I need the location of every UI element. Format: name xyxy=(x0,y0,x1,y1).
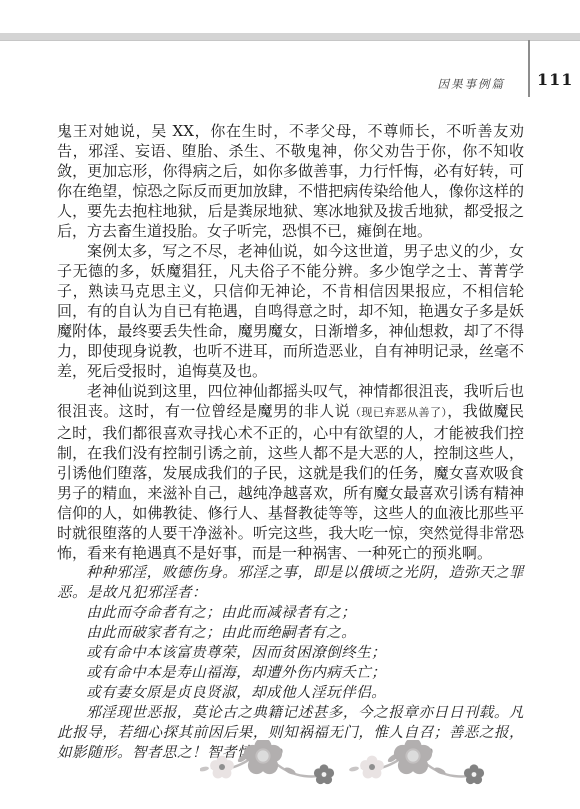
book-page: { "header": { "section_title": "因果事例篇", … xyxy=(0,0,580,809)
page-number: 111 xyxy=(537,70,573,89)
text-segment: 或有命中本该富贵尊荣，因而贫困潦倒终生； xyxy=(86,644,386,661)
page-body-text: 鬼王对她说，吴 XX，你在生时，不孝父母，不尊师长，不听善友劝告，邪淫、妄语、堕… xyxy=(57,121,524,763)
paragraph: 老神仙说到这里，四位神仙都摇头叹气，神情都很沮丧，我听后也很沮丧。这时，有一位曾… xyxy=(57,381,524,563)
large-flower xyxy=(244,740,282,774)
running-head-section-title: 因果事例篇 xyxy=(438,76,506,92)
text-segment: 由此而破家者有之；由此而绝嗣者有之。 xyxy=(86,624,356,641)
text-segment: 或有妻女原是贞良贤淑，却成他人淫玩伴侣。 xyxy=(86,684,386,701)
text-segment: 鬼王对她说，吴 XX，你在生时，不孝父母，不尊师长，不听善友劝告，邪淫、妄语、堕… xyxy=(57,122,524,240)
small-dark-flower xyxy=(464,764,484,784)
paragraph: 或有妻女原是贞良贤淑，却成他人淫玩伴侣。 xyxy=(57,683,524,703)
text-segment: ，我做魔民之时，我们都很喜欢寻找心术不正的，心中有欲望的人，才能被我们控制，在我… xyxy=(57,402,524,562)
flower-border-unit xyxy=(200,740,334,784)
paragraph: 由此而破家者有之；由此而绝嗣者有之。 xyxy=(57,623,524,643)
small-light-flower xyxy=(210,756,234,779)
text-segment: 种种邪淫，败德伤身。邪淫之事，即是以俄顷之光阴，造弥天之罪恶。是故凡犯邪淫者： xyxy=(57,564,524,601)
header-divider-line xyxy=(528,40,530,97)
flower-border-decoration xyxy=(200,740,506,796)
large-flower xyxy=(394,740,432,774)
small-light-flower xyxy=(360,756,384,779)
small-dark-flower xyxy=(314,764,334,784)
paragraph: 由此而夺命者有之；由此而减禄者有之； xyxy=(57,603,524,623)
inline-note-small: （现已弃恶从善了） xyxy=(350,406,447,419)
paragraph: 鬼王对她说，吴 XX，你在生时，不孝父母，不尊师长，不听善友劝告，邪淫、妄语、堕… xyxy=(57,121,524,241)
text-segment: 由此而夺命者有之；由此而减禄者有之； xyxy=(86,604,356,621)
flower-border-unit xyxy=(349,740,484,784)
paragraph: 或有命中本是寿山福海，却遭外伤内病夭亡； xyxy=(57,663,524,683)
text-segment: 案例太多，写之不尽，老神仙说，如今这世道，男子忠义的少，女子无德的多，妖魔猖狂，… xyxy=(57,242,524,380)
paragraph: 案例太多，写之不尽，老神仙说，如今这世道，男子忠义的少，女子无德的多，妖魔猖狂，… xyxy=(57,241,524,381)
text-segment: 或有命中本是寿山福海，却遭外伤内病夭亡； xyxy=(86,664,386,681)
paragraph: 或有命中本该富贵尊荣，因而贫困潦倒终生； xyxy=(57,643,524,663)
paragraph: 种种邪淫，败德伤身。邪淫之事，即是以俄顷之光阴，造弥天之罪恶。是故凡犯邪淫者： xyxy=(57,563,524,603)
top-rule-bar xyxy=(0,33,580,41)
